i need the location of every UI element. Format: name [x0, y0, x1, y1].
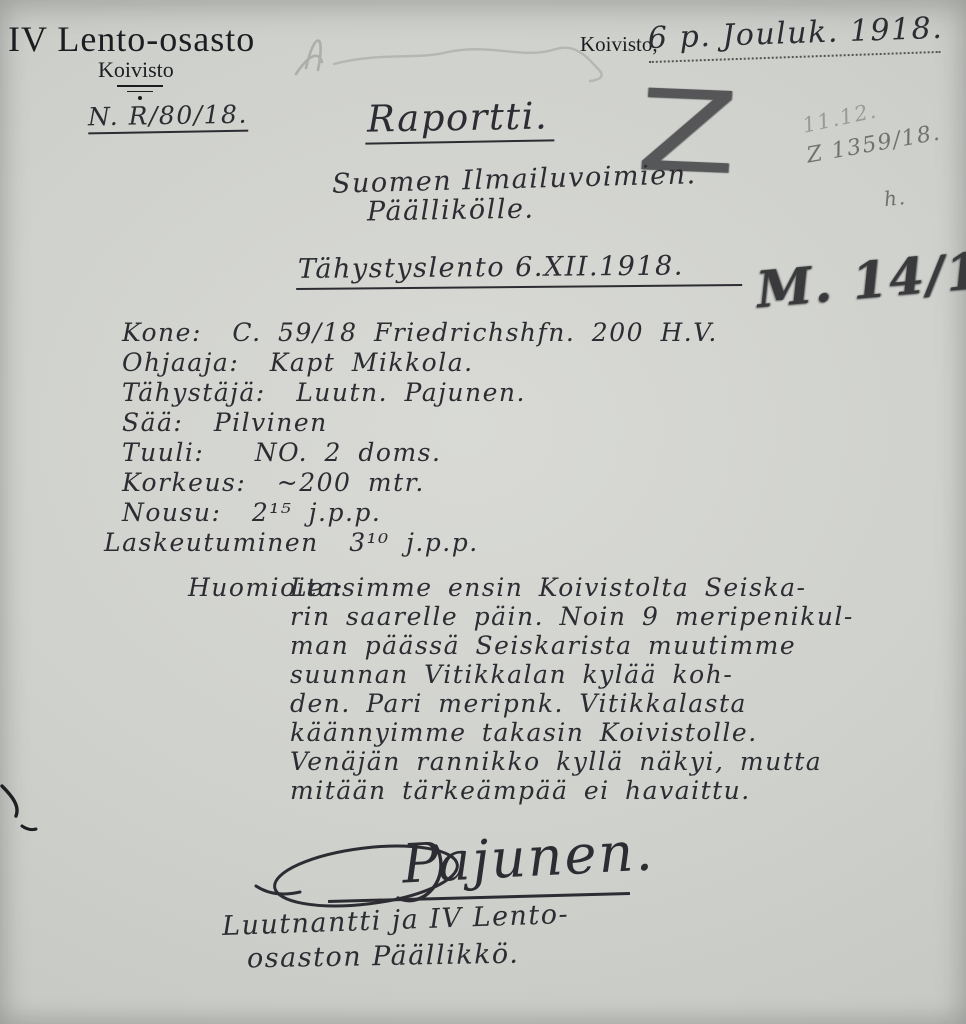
observations-line: Venäjän rannikko kyllä näkyi, mutta — [290, 747, 854, 776]
detail-row-ohjaaja: Ohjaaja: Kapt Mikkola. — [122, 348, 718, 378]
observations-line: den. Pari meripnk. Vitikkalasta — [290, 689, 854, 718]
detail-label: Tuuli: — [122, 438, 204, 467]
flight-details: Kone: C. 59/18 Friedrichshfn. 200 H.V. O… — [122, 318, 718, 558]
detail-row-laskeutuminen: Laskeutuminen 3¹⁰ j.p.p. — [104, 528, 718, 558]
detail-row-tuuli: Tuuli: NO. 2 doms. — [122, 438, 718, 468]
detail-row-korkeus: Korkeus: ~200 mtr. — [122, 468, 718, 498]
observations-line: man päässä Seiskarista muutimme — [290, 631, 854, 660]
pencil-scribble — [288, 16, 618, 88]
observations-line: suunnan Vitikkalan kylää koh- — [290, 660, 854, 689]
detail-value: 2¹⁵ j.p.p. — [252, 498, 382, 527]
detail-row-kone: Kone: C. 59/18 Friedrichshfn. 200 H.V. — [122, 318, 718, 348]
detail-label: Nousu: — [122, 498, 221, 527]
detail-value: NO. 2 doms. — [255, 438, 442, 467]
crayon-date-mark: M. 14/12. — [754, 236, 966, 319]
detail-value: Pilvinen — [214, 408, 328, 437]
detail-label: Tähystäjä: — [122, 378, 266, 407]
detail-label: Sää: — [122, 408, 183, 437]
detail-label: Korkeus: — [122, 468, 246, 497]
detail-value: ~200 mtr. — [277, 468, 425, 497]
detail-row-saa: Sää: Pilvinen — [122, 408, 718, 438]
detail-row-nousu: Nousu: 2¹⁵ j.p.p. — [122, 498, 718, 528]
subject-heading: Tähystyslento 6.XII.1918. — [296, 250, 742, 290]
signature-name: Pajunen. — [401, 819, 656, 895]
detail-value: C. 59/18 Friedrichshfn. 200 H.V. — [232, 318, 718, 347]
received-date-note: 11.12. — [800, 98, 879, 137]
detail-label: Ohjaaja: — [122, 348, 239, 377]
letterhead-rule-dot — [138, 96, 142, 100]
letterhead-unit: IV Lento-osasto — [8, 18, 255, 60]
document-number: N. R/80/18. — [88, 100, 248, 135]
detail-label: Kone: — [122, 318, 202, 347]
letterhead-rule-bottom — [127, 91, 153, 92]
detail-value: Kapt Mikkola. — [270, 348, 474, 377]
observations-paragraph: Lensimme ensin Koivistolta Seiska- rin s… — [290, 573, 854, 805]
stray-ink-mark — [0, 772, 44, 842]
detail-label: Laskeutuminen — [104, 528, 319, 557]
dateline-place: Koivisto, — [580, 32, 658, 57]
detail-value: Luutn. Pajunen. — [296, 378, 526, 407]
letterhead-rule-top — [117, 85, 163, 87]
observations-line: käännyimme takasin Koivistolle. — [290, 718, 854, 747]
observations-line: Lensimme ensin Koivistolta Seiska- — [290, 573, 854, 602]
dateline-date: 6 p. Jouluk. 1918. — [647, 11, 940, 63]
observations-line: rin saarelle päin. Noin 9 meripenikul- — [290, 602, 854, 631]
detail-value: 3¹⁰ j.p.p. — [349, 528, 479, 557]
signer-title-line2: osaston Päällikkö. — [247, 939, 520, 975]
observations-line: mitään tärkeämpää ei havaittu. — [290, 776, 854, 805]
letterhead-location: Koivisto — [98, 57, 174, 83]
letterhead-rule — [117, 85, 163, 100]
scanned-report-document: IV Lento-osasto Koivisto N. R/80/18. Koi… — [0, 0, 966, 1024]
initials-note: h. — [883, 185, 908, 211]
addressee-line2: Päällikölle. — [367, 194, 535, 228]
detail-row-tahystaja: Tähystäjä: Luutn. Pajunen. — [122, 378, 718, 408]
report-title: Raportti. — [365, 94, 555, 144]
